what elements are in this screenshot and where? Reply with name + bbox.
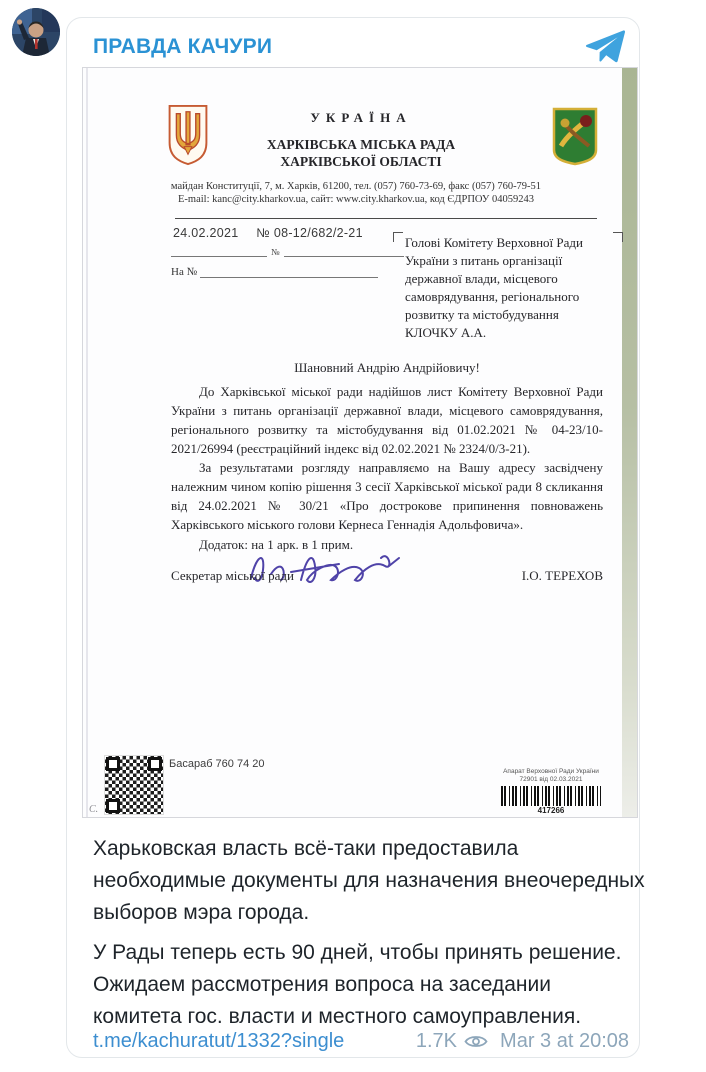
number-blank-line: №	[171, 246, 404, 257]
address-line1: майдан Конституції, 7, м. Харків, 61200,…	[123, 180, 589, 193]
post-link[interactable]: t.me/kachuratut/1332?single	[93, 1030, 344, 1053]
number-sign: №	[271, 247, 280, 257]
signature-icon	[243, 536, 413, 596]
addressee-line: розвитку та містобудування	[405, 306, 613, 324]
address-line2: E-mail: kanc@city.kharkov.ua, сайт: www.…	[123, 193, 589, 206]
ukraine-trident-icon	[165, 104, 211, 166]
letter-paragraph-1: До Харківської міської ради надійшов лис…	[171, 382, 603, 458]
document-image[interactable]: УКРАЇНА ХАРКІВСЬКА МІСЬКА РАДА ХАРКІВСЬК…	[82, 67, 638, 818]
scan-edge-line	[86, 68, 88, 817]
avatar-photo	[12, 8, 60, 56]
letterhead-country: УКРАЇНА	[223, 110, 499, 126]
message-meta: 1.7K Mar 3 at 20:08	[416, 1030, 629, 1053]
letterhead-org-line1: ХАРКІВСЬКА МІСЬКА РАДА	[223, 136, 499, 153]
corner-bracket-right	[613, 232, 623, 242]
scan-background-strip	[622, 68, 637, 817]
signer-name: І.О. ТЕРЕХОВ	[522, 568, 603, 584]
signature-row: Секретар міської ради І.О. ТЕРЕХОВ	[171, 568, 603, 584]
corner-bracket-left	[393, 232, 403, 242]
addressee-line: КЛОЧКУ А.А.	[405, 324, 613, 342]
signer-title: Секретар міської ради	[171, 568, 294, 584]
addressee-line: самоврядування, регіонального	[405, 288, 613, 306]
salutation: Шановний Андрію Андрійовичу!	[171, 360, 603, 376]
message-header: ПРАВДА КАЧУРИ	[93, 27, 625, 67]
page-corner-mark: С.	[89, 804, 98, 815]
views-count: 1.7K	[416, 1030, 457, 1053]
outgoing-number: № 08-12/682/2-21	[256, 226, 362, 240]
letterhead-divider	[175, 218, 597, 219]
timestamp: Mar 3 at 20:08	[500, 1030, 629, 1053]
letter-paragraph-2: За результатами розгляду направляємо на …	[171, 458, 603, 534]
message-caption: Харьковская власть всё-таки предоставила…	[93, 833, 645, 1041]
addressee-block: Голові Комітету Верховної Ради України з…	[405, 234, 613, 342]
kharkiv-coat-of-arms-icon	[551, 106, 599, 166]
letterhead-org-line2: ХАРКІВСЬКОЇ ОБЛАСТІ	[223, 153, 499, 170]
outgoing-reference: 24.02.2021 № 08-12/682/2-21	[173, 226, 363, 240]
message-footer: t.me/kachuratut/1332?single 1.7K Mar 3 a…	[93, 1026, 629, 1056]
registration-stamp: Апарат Верховної Ради України 72901 від …	[487, 768, 615, 815]
stamp-line2: 72901 від 02.03.2021	[487, 776, 615, 784]
caption-paragraph-1: Харьковская власть всё-таки предоставила…	[93, 833, 645, 929]
avatar[interactable]	[12, 8, 60, 56]
qr-code	[105, 756, 163, 814]
message-bubble: ПРАВДА КАЧУРИ УКРАЇНА ХАРКІВСЬКА МІСЬКА …	[66, 17, 640, 1058]
letterhead-address: майдан Конституції, 7, м. Харків, 61200,…	[123, 180, 589, 206]
stamp-line1: Апарат Верховної Ради України	[487, 768, 615, 776]
telegram-plane-icon[interactable]	[585, 29, 625, 65]
barcode-number: 417266	[487, 806, 615, 815]
outgoing-date: 24.02.2021	[173, 226, 239, 240]
qr-label: Басараб 760 74 20	[169, 758, 264, 770]
channel-title[interactable]: ПРАВДА КАЧУРИ	[93, 35, 272, 59]
barcode	[501, 786, 601, 806]
document-letterhead: УКРАЇНА ХАРКІВСЬКА МІСЬКА РАДА ХАРКІВСЬК…	[223, 110, 499, 170]
caption-paragraph-2: У Рады теперь есть 90 дней, чтобы принят…	[93, 937, 645, 1033]
letter-body: До Харківської міської ради надійшов лис…	[171, 382, 603, 554]
reply-to-blank-line: На №	[171, 266, 378, 278]
addressee-line: державної влади, місцевого	[405, 270, 613, 288]
reply-to-label: На №	[171, 266, 197, 278]
addressee-line: Голові Комітету Верховної Ради	[405, 234, 613, 252]
views-eye-icon	[464, 1033, 488, 1050]
addressee-line: України з питань організації	[405, 252, 613, 270]
